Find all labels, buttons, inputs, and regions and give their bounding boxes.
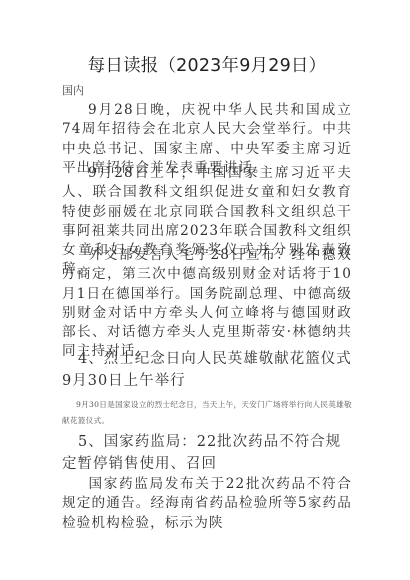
paragraph-drug-recall: 国家药监局发布关于22批次药品不符合规定的通告。经海南省药品检验所等5家药品检验… [62,475,352,533]
paragraph-text: 9月30日是国家设立的烈士纪念日，当天上午，天安门广场将举行向人民英雄敬献花篮仪… [62,400,352,425]
document-title: 每日读报（2023年9月29日） [62,52,352,77]
heading-text: 4、烈士纪念日向人民英雄敬献花篮仪式9月30日上午举行 [62,351,352,389]
section-label: 国内 [62,82,84,98]
heading-drug-recall: 5、国家药监局：22批次药品不符合规定暂停销售使用、召回 [62,431,352,475]
paragraph-text: 外交部发言人毛宁28日宣布：经中德双方商定，第三次中德高级别财金对话将于10月1… [62,247,352,359]
heading-text: 5、国家药监局：22批次药品不符合规定暂停销售使用、召回 [62,434,341,472]
heading-martyrs-day: 4、烈士纪念日向人民英雄敬献花篮仪式9月30日上午举行 [62,348,352,392]
paragraph-text: 国家药监局发布关于22批次药品不符合规定的通告。经海南省药品检验所等5家药品检验… [62,476,352,531]
paragraph-finance-dialogue: 外交部发言人毛宁28日宣布：经中德双方商定，第三次中德高级别财金对话将于10月1… [62,246,352,362]
paragraph-martyrs-day: 9月30日是国家设立的烈士纪念日，当天上午，天安门广场将举行向人民英雄敬献花篮仪… [62,397,352,429]
